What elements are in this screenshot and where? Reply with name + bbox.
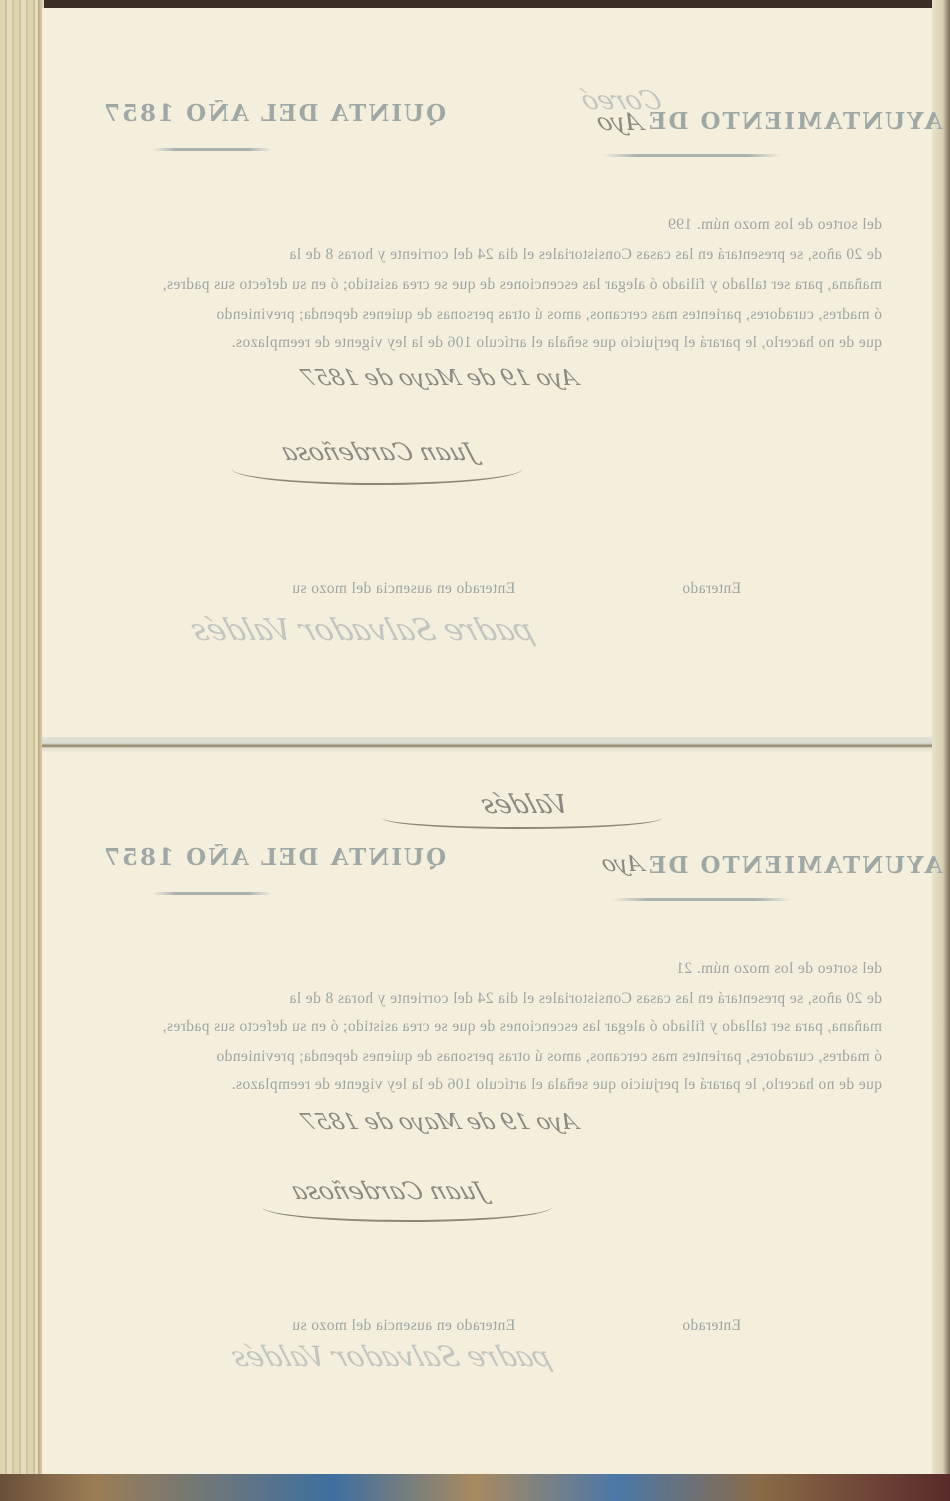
notice-bottom: Valdés QUINTA DEL AÑO 1857 AYUNTAMIENTO … xyxy=(42,752,932,1474)
notice-line-1: del sorteo de los mozo núm. 199 xyxy=(52,216,882,234)
heading-ayuntamiento: AYUNTAMIENTO DE xyxy=(647,108,942,135)
ornament-divider xyxy=(152,892,272,895)
date-line: Ayo 19 de Mayo de 1857 xyxy=(298,1110,581,1135)
marbled-cover-edge xyxy=(0,1474,950,1501)
book-top-edge xyxy=(0,0,950,8)
received-label: Enterado xyxy=(682,1317,741,1335)
notice-top: Coreó QUINTA DEL AÑO 1857 AYUNTAMIENTO D… xyxy=(42,8,932,738)
notice-line-2: de 20 años, se presentará en las casas C… xyxy=(52,246,882,264)
notice-line-4: ó madres, curadores, parientes mas cerca… xyxy=(52,306,882,324)
received-absence-label: Enterado en ausencia del mozo su xyxy=(292,580,515,598)
notice-line-3: mañana, para ser tallado y filiado ó ale… xyxy=(52,1018,882,1036)
notice-line-5: que de no hacerlo, le parará el perjuici… xyxy=(52,1076,882,1094)
scanned-page: Coreó QUINTA DEL AÑO 1857 AYUNTAMIENTO D… xyxy=(0,0,950,1501)
ornament-divider xyxy=(152,148,272,151)
notice-line-5: que de no hacerlo, le parará el perjuici… xyxy=(52,334,882,352)
page-fold xyxy=(42,737,932,753)
page-right-edge xyxy=(932,0,950,1501)
heading-quinta: QUINTA DEL AÑO 1857 xyxy=(102,844,446,871)
notice-line-1: del sorteo de los mozo núm. 21 xyxy=(52,960,882,978)
signature-flourish xyxy=(262,1192,552,1222)
received-handwritten: padre Salvador Valdés xyxy=(227,1340,556,1373)
heading-ayuntamiento: AYUNTAMIENTO DE xyxy=(647,852,942,879)
signature-flourish xyxy=(232,453,522,485)
note-flourish xyxy=(382,807,662,829)
book-binding-stack xyxy=(0,0,42,1501)
received-handwritten: padre Salvador Valdés xyxy=(186,613,538,648)
date-line: Ayo 19 de Mayo de 1857 xyxy=(298,366,581,391)
received-absence-label: Enterado en ausencia del mozo su xyxy=(292,1317,515,1335)
received-label: Enterado xyxy=(682,580,741,598)
ornament-divider xyxy=(602,154,782,157)
notice-line-3: mañana, para ser tallado y filiado ó ale… xyxy=(52,276,882,294)
notice-line-2: de 20 años, se presentará en las casas C… xyxy=(52,990,882,1008)
notice-line-4: ó madres, curadores, parientes mas cerca… xyxy=(52,1048,882,1066)
ornament-divider xyxy=(612,898,792,901)
municipality-handwritten: Ayo xyxy=(592,108,645,136)
municipality-handwritten: Ayo xyxy=(598,852,647,877)
heading-quinta: QUINTA DEL AÑO 1857 xyxy=(102,100,446,127)
